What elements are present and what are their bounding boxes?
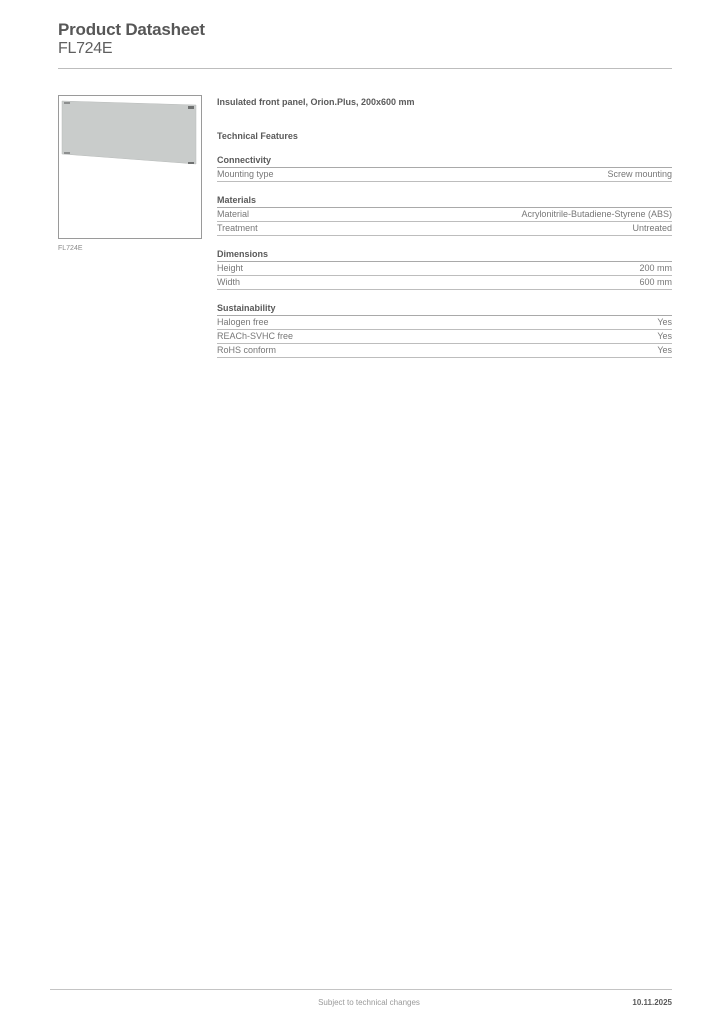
- row-label: Width: [217, 276, 240, 289]
- technical-features-heading: Technical Features: [217, 130, 672, 142]
- footer-date: 10.11.2025: [632, 998, 672, 1007]
- row-label: Treatment: [217, 222, 258, 235]
- product-name: Insulated front panel, Orion.Plus, 200x6…: [217, 96, 672, 108]
- table-row: RoHS conform Yes: [217, 344, 672, 358]
- row-label: Height: [217, 262, 243, 275]
- row-value: 600 mm: [639, 276, 672, 289]
- row-label: REACh-SVHC free: [217, 330, 293, 343]
- row-value: Untreated: [632, 222, 672, 235]
- row-value: Acrylonitrile-Butadiene-Styrene (ABS): [521, 208, 672, 221]
- table-row: Treatment Untreated: [217, 222, 672, 236]
- section-title: Sustainability: [217, 303, 672, 316]
- header-divider: [58, 68, 672, 69]
- section-title: Dimensions: [217, 249, 672, 262]
- table-row: Halogen free Yes: [217, 316, 672, 330]
- row-label: Material: [217, 208, 249, 221]
- row-value: Yes: [657, 330, 672, 343]
- row-value: Screw mounting: [607, 168, 672, 181]
- product-image: [58, 95, 202, 239]
- document-header: Product Datasheet FL724E: [58, 20, 205, 58]
- table-row: REACh-SVHC free Yes: [217, 330, 672, 344]
- product-details: Insulated front panel, Orion.Plus, 200x6…: [217, 96, 672, 358]
- table-row: Material Acrylonitrile-Butadiene-Styrene…: [217, 208, 672, 222]
- table-row: Width 600 mm: [217, 276, 672, 290]
- row-label: Halogen free: [217, 316, 269, 329]
- product-code: FL724E: [58, 40, 205, 58]
- row-label: RoHS conform: [217, 344, 276, 357]
- table-row: Mounting type Screw mounting: [217, 168, 672, 182]
- row-value: 200 mm: [639, 262, 672, 275]
- image-caption: FL724E: [58, 245, 83, 252]
- document-title: Product Datasheet: [58, 20, 205, 40]
- row-label: Mounting type: [217, 168, 274, 181]
- section-materials: Materials Material Acrylonitrile-Butadie…: [217, 195, 672, 236]
- row-value: Yes: [657, 344, 672, 357]
- table-row: Height 200 mm: [217, 262, 672, 276]
- section-sustainability: Sustainability Halogen free Yes REACh-SV…: [217, 303, 672, 358]
- footer-note: Subject to technical changes: [0, 998, 724, 1007]
- section-dimensions: Dimensions Height 200 mm Width 600 mm: [217, 249, 672, 290]
- footer-note-text: Subject to technical changes: [318, 998, 420, 1007]
- footer-divider: [50, 989, 672, 990]
- section-connectivity: Connectivity Mounting type Screw mountin…: [217, 155, 672, 182]
- front-panel-illustration: [59, 96, 201, 238]
- row-value: Yes: [657, 316, 672, 329]
- section-title: Connectivity: [217, 155, 672, 168]
- section-title: Materials: [217, 195, 672, 208]
